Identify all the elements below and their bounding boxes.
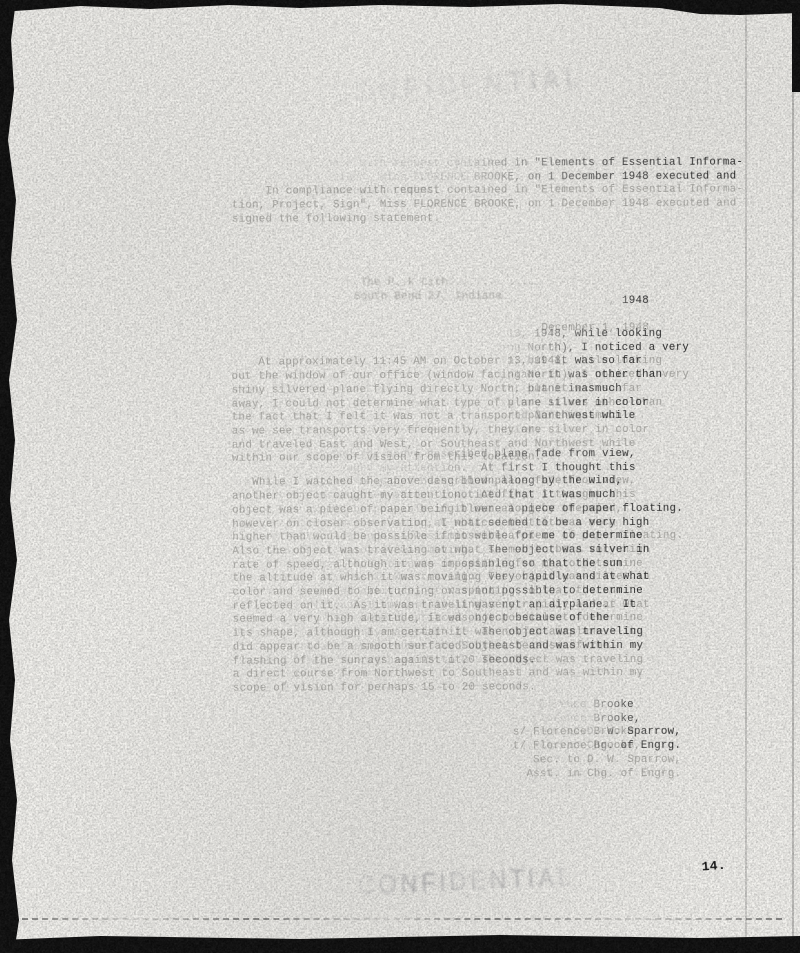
date-text-dark: December 1, 1948 — [541, 295, 649, 309]
intro-paragraph-text-dark: In compliance with request contained in … — [232, 157, 744, 200]
statement-paragraph-1-text-dark: At approximately 11:45 AM on October 13,… — [231, 328, 689, 440]
statement-paragraph-2: While I watched the above described plan… — [232, 448, 684, 738]
statement-paragraph-2-text-dark: While I watched the above described plan… — [232, 448, 684, 669]
page-number-mark: 14. — [701, 859, 726, 874]
scanned-document-page: CONFIDENTIAL CONFIDENTIAL In compliance … — [0, 0, 800, 953]
typewritten-content: In compliance with request contained in … — [0, 0, 800, 953]
company-address-text: The P..k Lith....... .... South Bend 27,… — [347, 277, 536, 305]
signature-block: s/ Florence Brooke t/ Florence Brooke, S… — [506, 699, 682, 823]
signature-text-dark: s/ Florence Brooke t/ Florence Brooke, S… — [506, 699, 681, 755]
perforation-dashed-line — [22, 918, 782, 920]
scan-edge-right-line — [792, 0, 794, 953]
